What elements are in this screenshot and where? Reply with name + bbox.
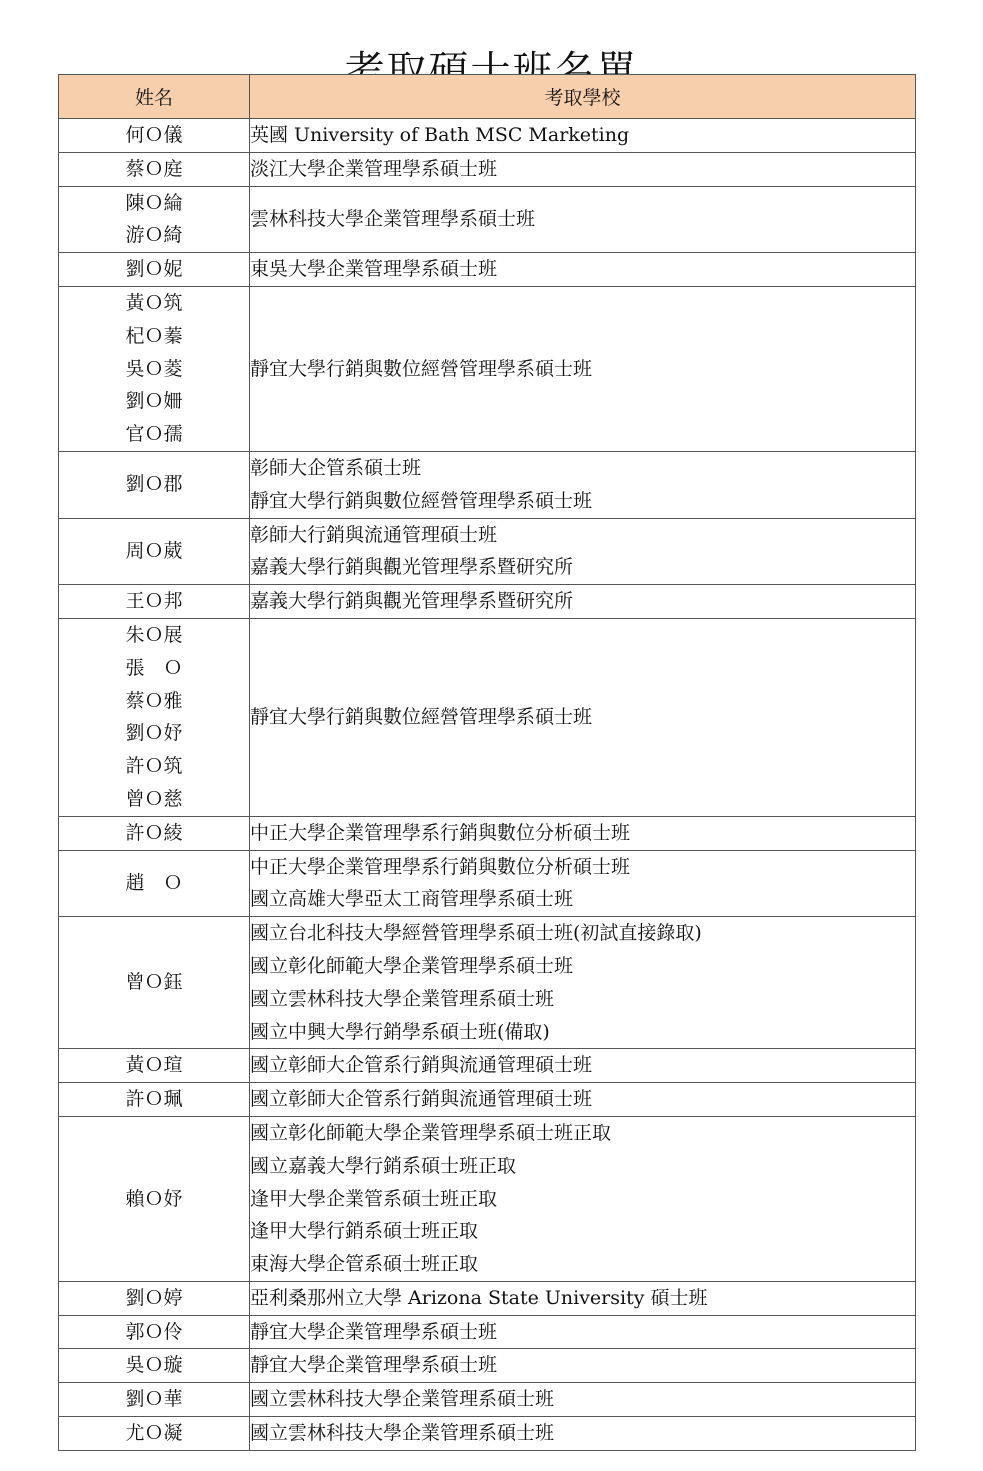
student-name: 許Ｏ綾	[59, 817, 249, 850]
table-row: 郭Ｏ伶靜宜大學企業管理學系碩士班	[59, 1315, 916, 1349]
admitted-schools-cell: 國立彰化師範大學企業管理學系碩士班正取國立嘉義大學行銷系碩士班正取逢甲大學企業管…	[250, 1116, 916, 1281]
student-name: 尤Ｏ凝	[59, 1417, 249, 1450]
table-row: 何Ｏ儀英國 University of Bath MSC Marketing	[59, 119, 916, 153]
student-name: 何Ｏ儀	[59, 119, 249, 152]
table-row: 劉Ｏ華國立雲林科技大學企業管理系碩士班	[59, 1383, 916, 1417]
admitted-schools-cell: 靜宜大學企業管理學系碩士班	[250, 1315, 916, 1349]
student-name: 劉Ｏ郡	[59, 468, 249, 501]
admitted-schools-cell: 嘉義大學行銷與觀光管理學系暨研究所	[250, 585, 916, 619]
table-row: 黃Ｏ瑄國立彰師大企管系行銷與流通管理碩士班	[59, 1049, 916, 1083]
student-name: 劉Ｏ姍	[59, 385, 249, 418]
admitted-program: 靜宜大學企業管理學系碩士班	[250, 1316, 915, 1349]
admitted-program: 國立中興大學行銷學系碩士班(備取)	[250, 1016, 915, 1049]
table-row: 劉Ｏ郡彰師大企管系碩士班靜宜大學行銷與數位經營管理學系碩士班	[59, 451, 916, 518]
admitted-program: 國立嘉義大學行銷系碩士班正取	[250, 1150, 915, 1183]
student-name: 蔡Ｏ雅	[59, 685, 249, 718]
admitted-schools-cell: 淡江大學企業管理學系碩士班	[250, 152, 916, 186]
admitted-schools-cell: 彰師大行銷與流通管理碩士班嘉義大學行銷與觀光管理學系暨研究所	[250, 518, 916, 585]
student-name: 曾Ｏ鈺	[59, 966, 249, 999]
student-name: 朱Ｏ展	[59, 619, 249, 652]
table-body: 何Ｏ儀英國 University of Bath MSC Marketing蔡Ｏ…	[59, 119, 916, 1451]
admitted-program: 國立高雄大學亞太工商管理學系碩士班	[250, 883, 915, 916]
admitted-program: 逢甲大學行銷系碩士班正取	[250, 1215, 915, 1248]
admitted-program: 靜宜大學行銷與數位經營管理學系碩士班	[250, 353, 915, 386]
student-name: 黃Ｏ瑄	[59, 1049, 249, 1082]
student-names-cell: 郭Ｏ伶	[59, 1315, 250, 1349]
student-name: 劉Ｏ華	[59, 1383, 249, 1416]
admitted-schools-cell: 國立台北科技大學經營管理學系碩士班(初試直接錄取)國立彰化師範大學企業管理學系碩…	[250, 917, 916, 1049]
student-name: 吳Ｏ璇	[59, 1349, 249, 1382]
admitted-schools-cell: 國立彰師大企管系行銷與流通管理碩士班	[250, 1049, 916, 1083]
admitted-program: 彰師大行銷與流通管理碩士班	[250, 519, 915, 552]
table-row: 周Ｏ葳彰師大行銷與流通管理碩士班嘉義大學行銷與觀光管理學系暨研究所	[59, 518, 916, 585]
student-name: 陳Ｏ綸	[59, 187, 249, 220]
table-row: 尤Ｏ凝國立雲林科技大學企業管理系碩士班	[59, 1417, 916, 1451]
student-name: 官Ｏ孺	[59, 418, 249, 451]
student-name: 劉Ｏ妤	[59, 717, 249, 750]
table-row: 黃Ｏ筑杞Ｏ蓁吳Ｏ菱劉Ｏ姍官Ｏ孺靜宜大學行銷與數位經營管理學系碩士班	[59, 286, 916, 451]
admitted-schools-cell: 中正大學企業管理學系行銷與數位分析碩士班國立高雄大學亞太工商管理學系碩士班	[250, 850, 916, 917]
admitted-program: 亞利桑那州立大學 Arizona State University 碩士班	[250, 1282, 915, 1315]
table-row: 吳Ｏ璇靜宜大學企業管理學系碩士班	[59, 1349, 916, 1383]
table-row: 趙 Ｏ中正大學企業管理學系行銷與數位分析碩士班國立高雄大學亞太工商管理學系碩士班	[59, 850, 916, 917]
student-name: 曾Ｏ慈	[59, 783, 249, 816]
table-row: 劉Ｏ妮東吳大學企業管理學系碩士班	[59, 253, 916, 287]
table-row: 劉Ｏ婷亞利桑那州立大學 Arizona State University 碩士班	[59, 1281, 916, 1315]
student-name: 黃Ｏ筑	[59, 287, 249, 320]
table-row: 朱Ｏ展張 Ｏ蔡Ｏ雅劉Ｏ妤許Ｏ筑曾Ｏ慈靜宜大學行銷與數位經營管理學系碩士班	[59, 618, 916, 816]
student-names-cell: 劉Ｏ婷	[59, 1281, 250, 1315]
admitted-program: 國立台北科技大學經營管理學系碩士班(初試直接錄取)	[250, 917, 915, 950]
admitted-schools-cell: 彰師大企管系碩士班靜宜大學行銷與數位經營管理學系碩士班	[250, 451, 916, 518]
admitted-program: 國立彰化師範大學企業管理學系碩士班	[250, 950, 915, 983]
admitted-schools-cell: 國立雲林科技大學企業管理系碩士班	[250, 1417, 916, 1451]
admitted-schools-cell: 靜宜大學行銷與數位經營管理學系碩士班	[250, 286, 916, 451]
student-names-cell: 黃Ｏ瑄	[59, 1049, 250, 1083]
admitted-program: 嘉義大學行銷與觀光管理學系暨研究所	[250, 551, 915, 584]
admitted-schools-cell: 雲林科技大學企業管理學系碩士班	[250, 186, 916, 253]
admitted-program: 國立雲林科技大學企業管理系碩士班	[250, 1417, 915, 1450]
admission-roster-table: 姓名 考取學校 何Ｏ儀英國 University of Bath MSC Mar…	[58, 74, 916, 1451]
table-row: 曾Ｏ鈺國立台北科技大學經營管理學系碩士班(初試直接錄取)國立彰化師範大學企業管理…	[59, 917, 916, 1049]
student-name: 郭Ｏ伶	[59, 1316, 249, 1349]
student-names-cell: 趙 Ｏ	[59, 850, 250, 917]
admitted-program: 中正大學企業管理學系行銷與數位分析碩士班	[250, 817, 915, 850]
student-names-cell: 劉Ｏ妮	[59, 253, 250, 287]
admitted-program: 雲林科技大學企業管理學系碩士班	[250, 203, 915, 236]
admitted-program: 靜宜大學企業管理學系碩士班	[250, 1349, 915, 1382]
admitted-program: 靜宜大學行銷與數位經營管理學系碩士班	[250, 485, 915, 518]
admitted-program: 中正大學企業管理學系行銷與數位分析碩士班	[250, 851, 915, 884]
student-name: 劉Ｏ婷	[59, 1282, 249, 1315]
student-names-cell: 許Ｏ珮	[59, 1083, 250, 1117]
student-name: 吳Ｏ菱	[59, 353, 249, 386]
student-names-cell: 周Ｏ葳	[59, 518, 250, 585]
student-names-cell: 黃Ｏ筑杞Ｏ蓁吳Ｏ菱劉Ｏ姍官Ｏ孺	[59, 286, 250, 451]
student-name: 張 Ｏ	[59, 652, 249, 685]
admitted-program: 淡江大學企業管理學系碩士班	[250, 153, 915, 186]
admitted-program: 彰師大企管系碩士班	[250, 452, 915, 485]
student-names-cell: 劉Ｏ華	[59, 1383, 250, 1417]
admitted-schools-cell: 國立雲林科技大學企業管理系碩士班	[250, 1383, 916, 1417]
admitted-schools-cell: 國立彰師大企管系行銷與流通管理碩士班	[250, 1083, 916, 1117]
student-names-cell: 劉Ｏ郡	[59, 451, 250, 518]
table-row: 蔡Ｏ庭淡江大學企業管理學系碩士班	[59, 152, 916, 186]
student-name: 王Ｏ邦	[59, 585, 249, 618]
admitted-program: 逢甲大學企業管系碩士班正取	[250, 1183, 915, 1216]
admitted-program: 國立彰師大企管系行銷與流通管理碩士班	[250, 1083, 915, 1116]
table-row: 許Ｏ珮國立彰師大企管系行銷與流通管理碩士班	[59, 1083, 916, 1117]
admitted-schools-cell: 東吳大學企業管理學系碩士班	[250, 253, 916, 287]
student-names-cell: 陳Ｏ綸游Ｏ綺	[59, 186, 250, 253]
admitted-program: 東吳大學企業管理學系碩士班	[250, 253, 915, 286]
student-names-cell: 蔡Ｏ庭	[59, 152, 250, 186]
student-names-cell: 許Ｏ綾	[59, 816, 250, 850]
student-name: 賴Ｏ妤	[59, 1183, 249, 1216]
column-header-name: 姓名	[59, 75, 250, 119]
student-name: 趙 Ｏ	[59, 867, 249, 900]
admitted-program: 國立彰化師範大學企業管理學系碩士班正取	[250, 1117, 915, 1150]
admitted-schools-cell: 英國 University of Bath MSC Marketing	[250, 119, 916, 153]
admitted-program: 東海大學企管系碩士班正取	[250, 1248, 915, 1281]
admitted-program: 英國 University of Bath MSC Marketing	[250, 119, 915, 152]
student-name: 周Ｏ葳	[59, 535, 249, 568]
student-name: 許Ｏ筑	[59, 750, 249, 783]
admitted-schools-cell: 中正大學企業管理學系行銷與數位分析碩士班	[250, 816, 916, 850]
admitted-schools-cell: 靜宜大學行銷與數位經營管理學系碩士班	[250, 618, 916, 816]
student-names-cell: 王Ｏ邦	[59, 585, 250, 619]
student-names-cell: 曾Ｏ鈺	[59, 917, 250, 1049]
student-names-cell: 賴Ｏ妤	[59, 1116, 250, 1281]
table-header-row: 姓名 考取學校	[59, 75, 916, 119]
student-name: 蔡Ｏ庭	[59, 153, 249, 186]
table-row: 許Ｏ綾中正大學企業管理學系行銷與數位分析碩士班	[59, 816, 916, 850]
table-row: 王Ｏ邦嘉義大學行銷與觀光管理學系暨研究所	[59, 585, 916, 619]
admitted-program: 國立雲林科技大學企業管理系碩士班	[250, 1383, 915, 1416]
student-name: 劉Ｏ妮	[59, 253, 249, 286]
admitted-schools-cell: 靜宜大學企業管理學系碩士班	[250, 1349, 916, 1383]
student-names-cell: 尤Ｏ凝	[59, 1417, 250, 1451]
student-name: 游Ｏ綺	[59, 219, 249, 252]
student-name: 許Ｏ珮	[59, 1083, 249, 1116]
admitted-schools-cell: 亞利桑那州立大學 Arizona State University 碩士班	[250, 1281, 916, 1315]
student-names-cell: 何Ｏ儀	[59, 119, 250, 153]
admitted-program: 嘉義大學行銷與觀光管理學系暨研究所	[250, 585, 915, 618]
student-names-cell: 吳Ｏ璇	[59, 1349, 250, 1383]
column-header-school: 考取學校	[250, 75, 916, 119]
admitted-program: 國立彰師大企管系行銷與流通管理碩士班	[250, 1049, 915, 1082]
table-row: 賴Ｏ妤國立彰化師範大學企業管理學系碩士班正取國立嘉義大學行銷系碩士班正取逢甲大學…	[59, 1116, 916, 1281]
table-row: 陳Ｏ綸游Ｏ綺雲林科技大學企業管理學系碩士班	[59, 186, 916, 253]
admitted-program: 國立雲林科技大學企業管理系碩士班	[250, 983, 915, 1016]
admitted-program: 靜宜大學行銷與數位經營管理學系碩士班	[250, 701, 915, 734]
student-names-cell: 朱Ｏ展張 Ｏ蔡Ｏ雅劉Ｏ妤許Ｏ筑曾Ｏ慈	[59, 618, 250, 816]
student-name: 杞Ｏ蓁	[59, 320, 249, 353]
